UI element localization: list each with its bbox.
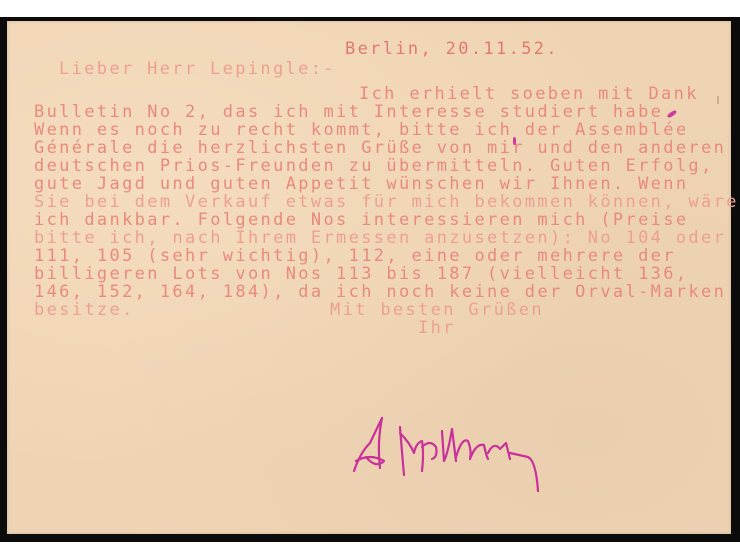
body-line-7: Sie bei dem Verkauf etwas für mich bekom…	[34, 193, 739, 211]
body-line-1: Ich erhielt soeben mit Dank	[359, 85, 699, 103]
body-line-4: Générale die herzlichsten Grüße von mir …	[34, 139, 726, 157]
body-line-12: 146, 152, 164, 184), da ich noch keine d…	[34, 283, 726, 301]
ink-mark	[513, 137, 516, 145]
body-line-2: Bulletin No 2, das ich mit Interesse stu…	[34, 103, 676, 121]
body-line-11: billigeren Lots von Nos 113 bis 187 (vie…	[34, 265, 688, 283]
paper-blemish	[717, 96, 719, 104]
body-line-3: Wenn es noch zu recht kommt, bitte ich d…	[34, 121, 688, 139]
body-line-9: bitte ich, nach Ihrem Ermessen anzusetze…	[34, 229, 726, 247]
closing: Mit besten Grüßen	[330, 301, 544, 319]
date-line: Berlin, 20.11.52.	[345, 40, 559, 58]
body-line-13: besitze.	[34, 301, 135, 319]
signature	[352, 413, 612, 493]
salutation: Lieber Herr Lepingle:-	[59, 60, 336, 78]
body-line-8: ich dankbar. Folgende Nos interessieren …	[34, 211, 688, 229]
body-line-5: deutschen Prios-Freunden zu übermitteln.…	[34, 157, 714, 175]
body-line-6: gute Jagd und guten Appetit wünschen wir…	[34, 175, 688, 193]
postcard: Berlin, 20.11.52. Lieber Herr Lepingle:-…	[7, 21, 731, 534]
body-line-10: 111, 105 (sehr wichtig), 112, eine oder …	[34, 247, 676, 265]
closing-word: Ihr	[418, 319, 456, 337]
